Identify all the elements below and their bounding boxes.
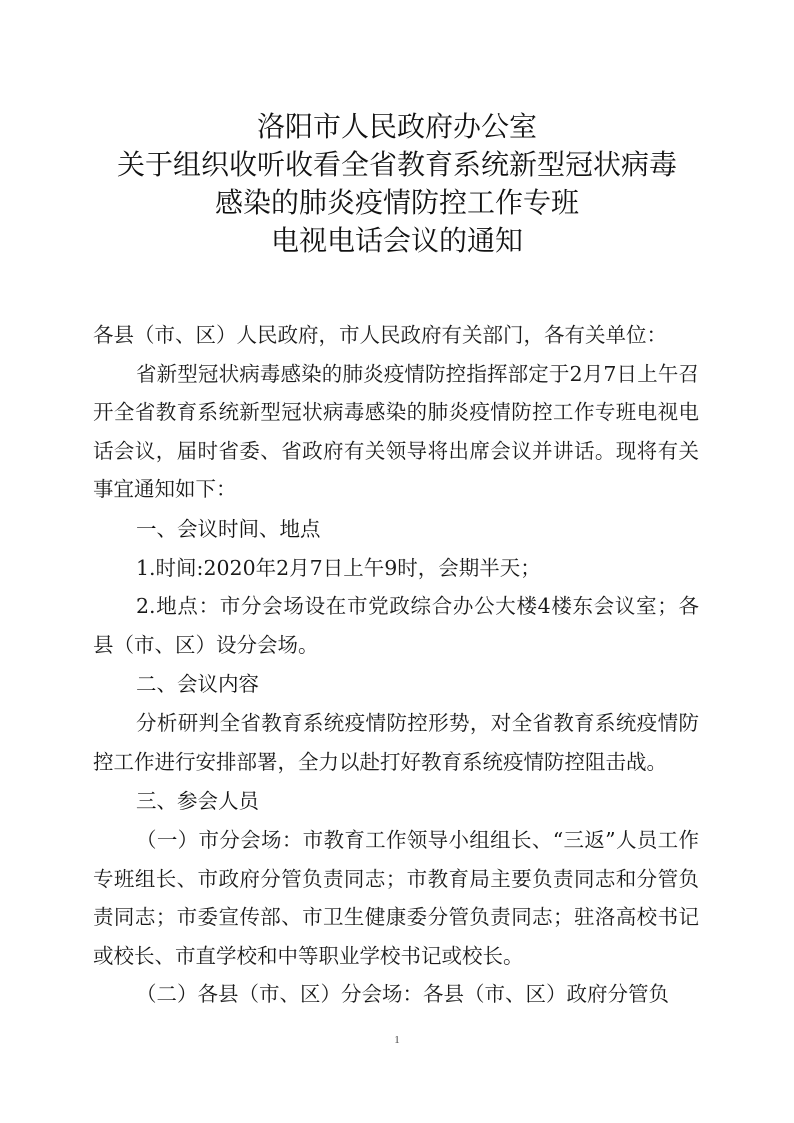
document-title: 洛阳市人民政府办公室 关于组织收听收看全省教育系统新型冠状病毒 感染的肺炎疫情防… [0,108,794,260]
intro-paragraph: 省新型冠状病毒感染的肺炎疫情防控指挥部定于2月7日上午召开全省教育系统新型冠状病… [93,355,699,509]
section-heading-2: 二、会议内容 [93,664,699,704]
attendees-counties: （二）各县（市、区）分会场：各县（市、区）政府分管负 [93,975,699,1014]
page-number: 1 [0,1034,794,1046]
salutation: 各县（市、区）人民政府，市人民政府有关部门，各有关单位： [93,316,699,355]
attendees-city: （一）市分会场：市教育工作领导小组组长、“三返”人员工作专班组长、市政府分管负责… [93,821,699,975]
title-line-1: 洛阳市人民政府办公室 [0,108,794,146]
meeting-time: 1.时间:2020年2月7日上午9时，会期半天； [93,549,699,588]
document-page: 洛阳市人民政府办公室 关于组织收听收看全省教育系统新型冠状病毒 感染的肺炎疫情防… [0,0,794,1123]
section-heading-3: 三、参会人员 [93,781,699,821]
meeting-location: 2.地点：市分会场设在市党政综合办公大楼4楼东会议室；各县（市、区）设分会场。 [93,587,699,664]
document-body: 各县（市、区）人民政府，市人民政府有关部门，各有关单位： 省新型冠状病毒感染的肺… [93,316,699,1014]
meeting-content: 分析研判全省教育系统疫情防控形势，对全省教育系统疫情防控工作进行安排部署，全力以… [93,704,699,781]
section-heading-1: 一、会议时间、地点 [93,509,699,549]
title-line-4: 电视电话会议的通知 [0,222,794,260]
title-line-3: 感染的肺炎疫情防控工作专班 [0,184,794,222]
title-line-2: 关于组织收听收看全省教育系统新型冠状病毒 [0,146,794,184]
